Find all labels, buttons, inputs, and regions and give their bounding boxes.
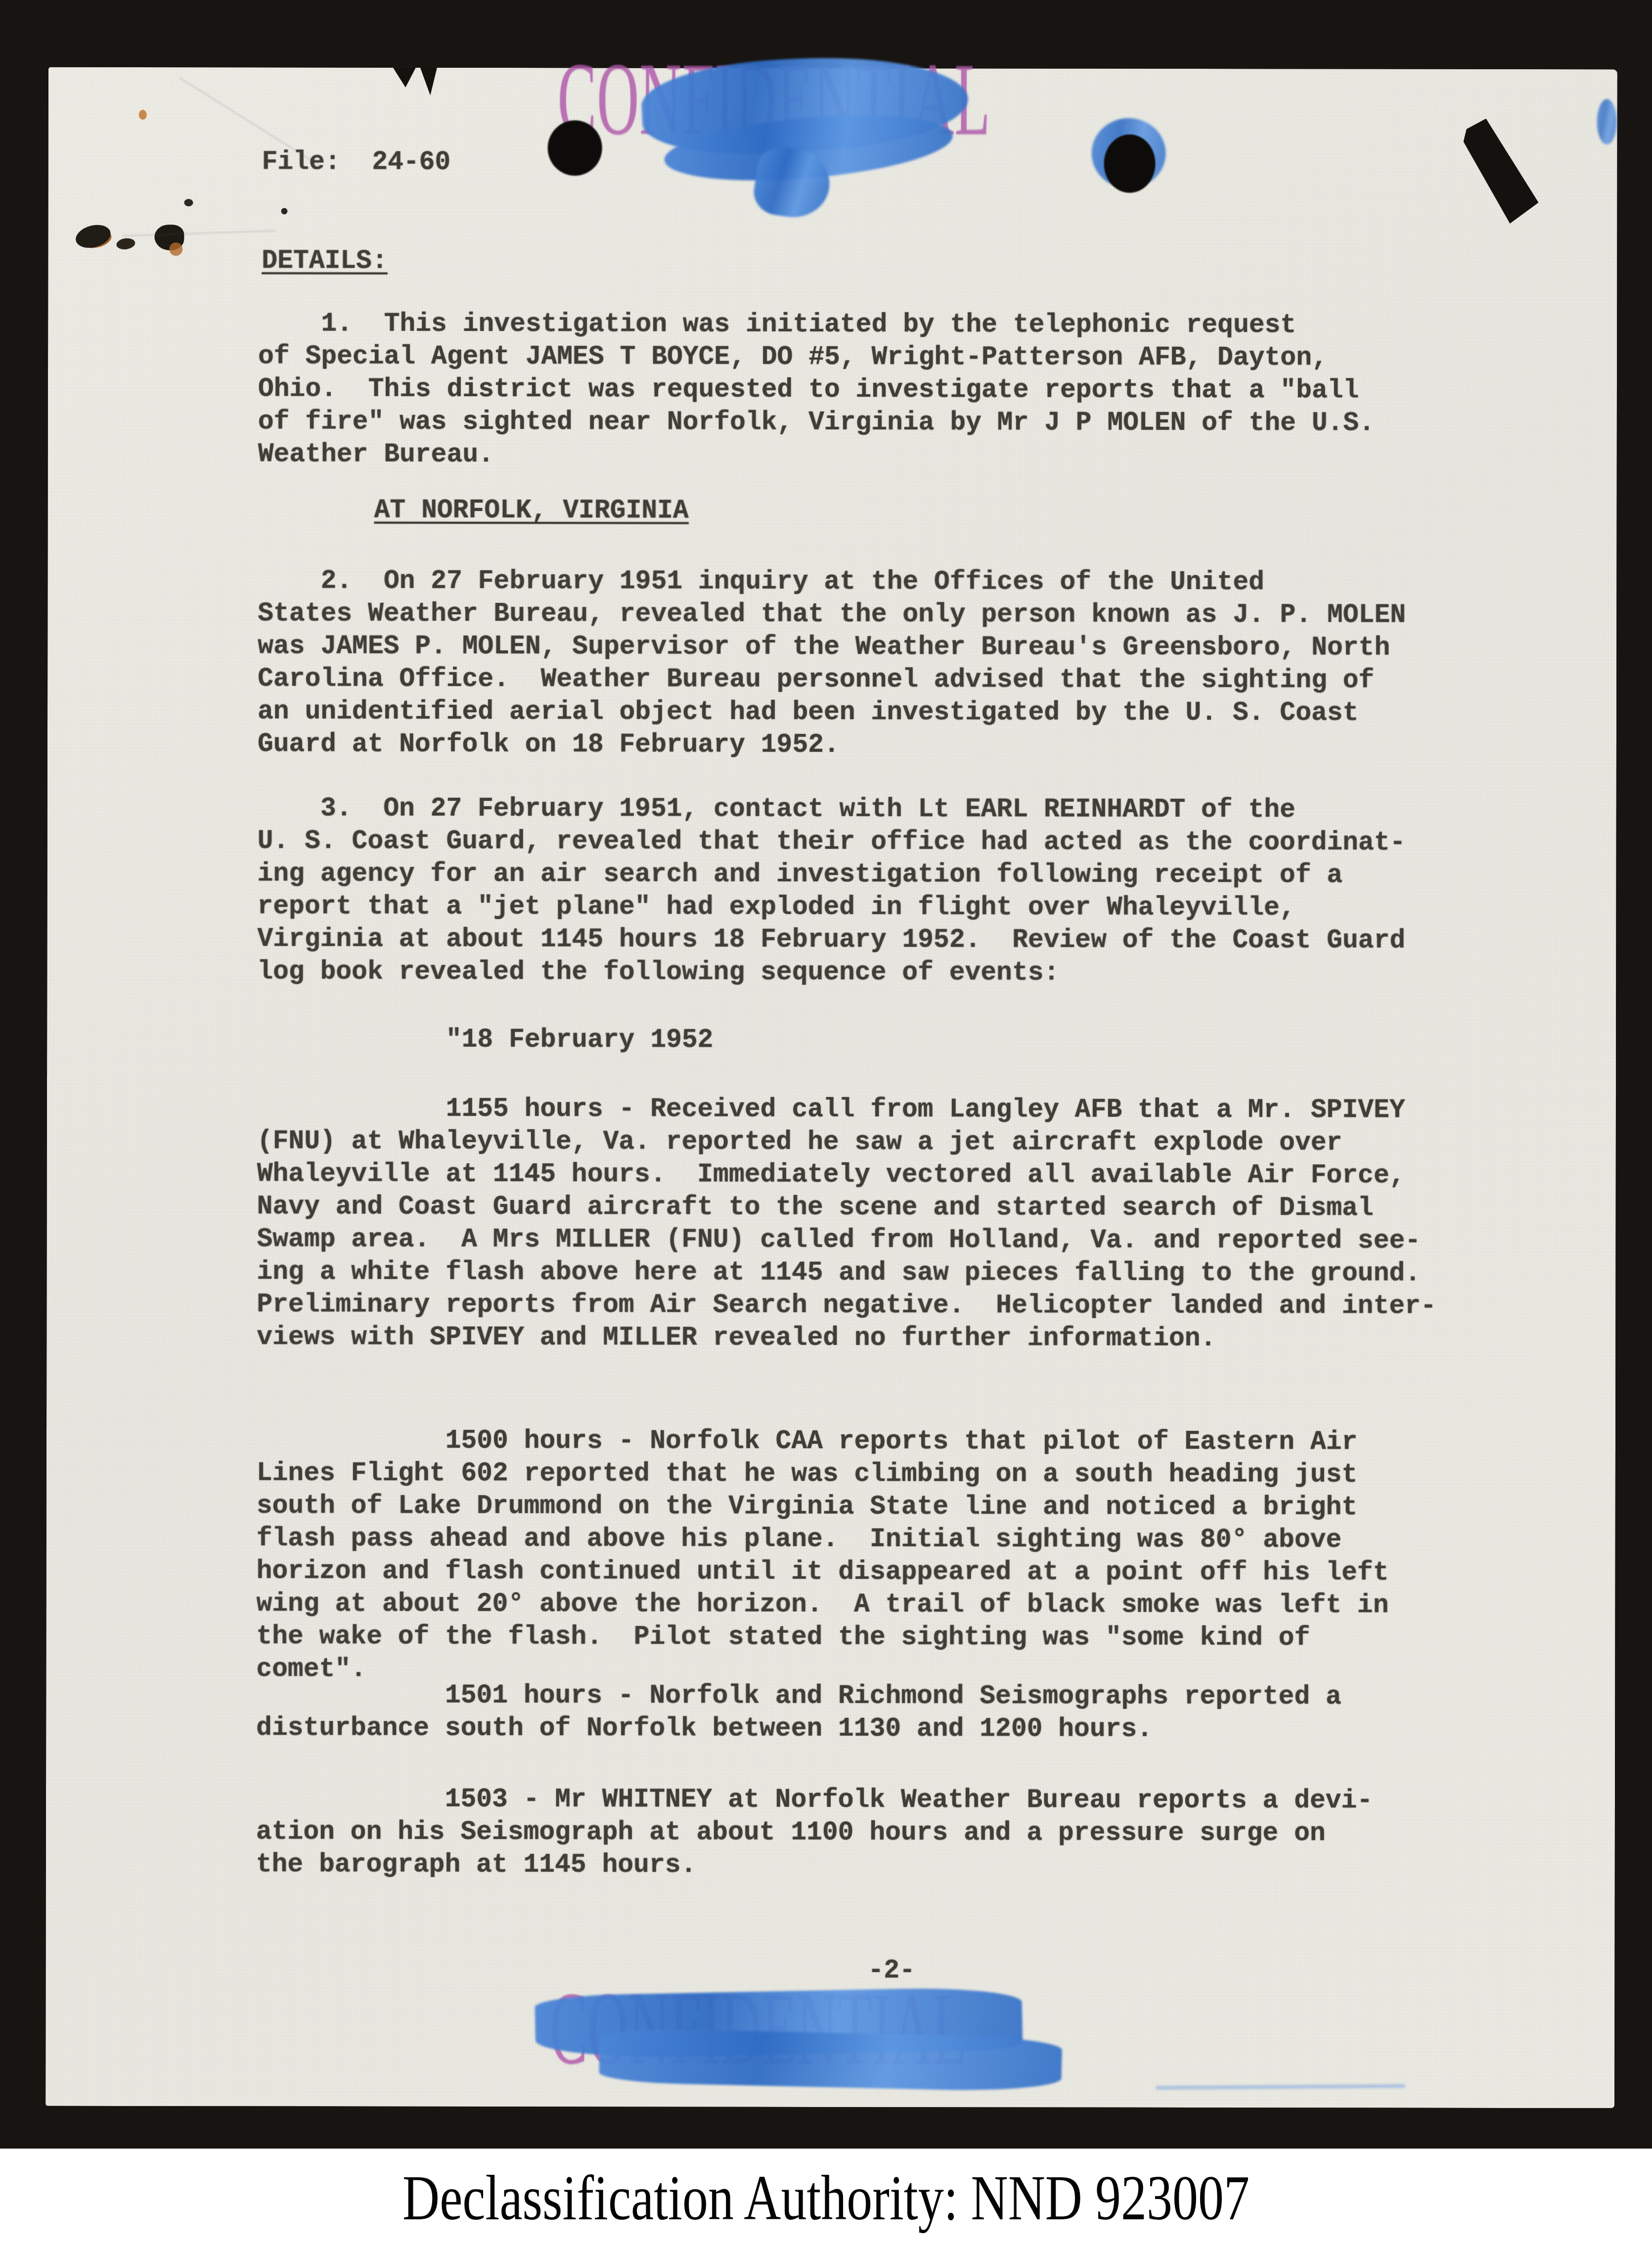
- ink-speck-1: [184, 199, 193, 206]
- paragraph-1: 1. This investigation was initiated by t…: [258, 307, 1375, 472]
- log-entry-1500: 1500 hours - Norfolk CAA reports that pi…: [256, 1424, 1389, 1687]
- ink-smudge-cluster-d: [169, 242, 182, 256]
- ink-speck-orange: [139, 110, 147, 120]
- ink-smudge-cluster-b: [116, 237, 136, 250]
- section-heading-norfolk: AT NORFOLK, VIRGINIA: [374, 494, 689, 527]
- log-entry-1503: 1503 - Mr WHITNEY at Norfolk Weather Bur…: [256, 1783, 1373, 1882]
- scratch-line: [122, 230, 275, 236]
- ink-speck-2: [281, 208, 287, 214]
- footer-band: Declassification Authority: NND 923007: [0, 2149, 1652, 2248]
- marker-scribble-bottom-lower: [599, 2028, 1062, 2093]
- log-date-line: "18 February 1952: [257, 1023, 713, 1056]
- edge-tear-1: [393, 68, 416, 88]
- hole-punch-right: [1104, 135, 1156, 193]
- torn-corner-mark: [1463, 119, 1538, 224]
- paragraph-2: 2. On 27 February 1951 inquiry at the Of…: [258, 564, 1406, 762]
- blue-streak: [1156, 2084, 1405, 2090]
- edge-tear-2: [420, 68, 437, 95]
- hole-punch-left: [548, 120, 602, 176]
- document-page: CONFIDENTIAL File: 24-60 DETAILS: 1. Thi…: [45, 67, 1617, 2108]
- scanned-document: CONFIDENTIAL File: 24-60 DETAILS: 1. Thi…: [0, 0, 1652, 2248]
- paragraph-3: 3. On 27 February 1951, contact with Lt …: [257, 792, 1405, 989]
- file-label: File: 24-60: [262, 145, 451, 179]
- log-entry-1155: 1155 hours - Received call from Langley …: [257, 1092, 1436, 1355]
- blue-edge-smudge: [1597, 99, 1617, 144]
- declassification-authority-text: Declassification Authority: NND 923007: [165, 2149, 1487, 2248]
- ink-smudge-cluster-a: [73, 221, 113, 251]
- details-heading: DETAILS:: [262, 244, 388, 277]
- log-entry-1501: 1501 hours - Norfolk and Richmond Seismo…: [256, 1679, 1341, 1745]
